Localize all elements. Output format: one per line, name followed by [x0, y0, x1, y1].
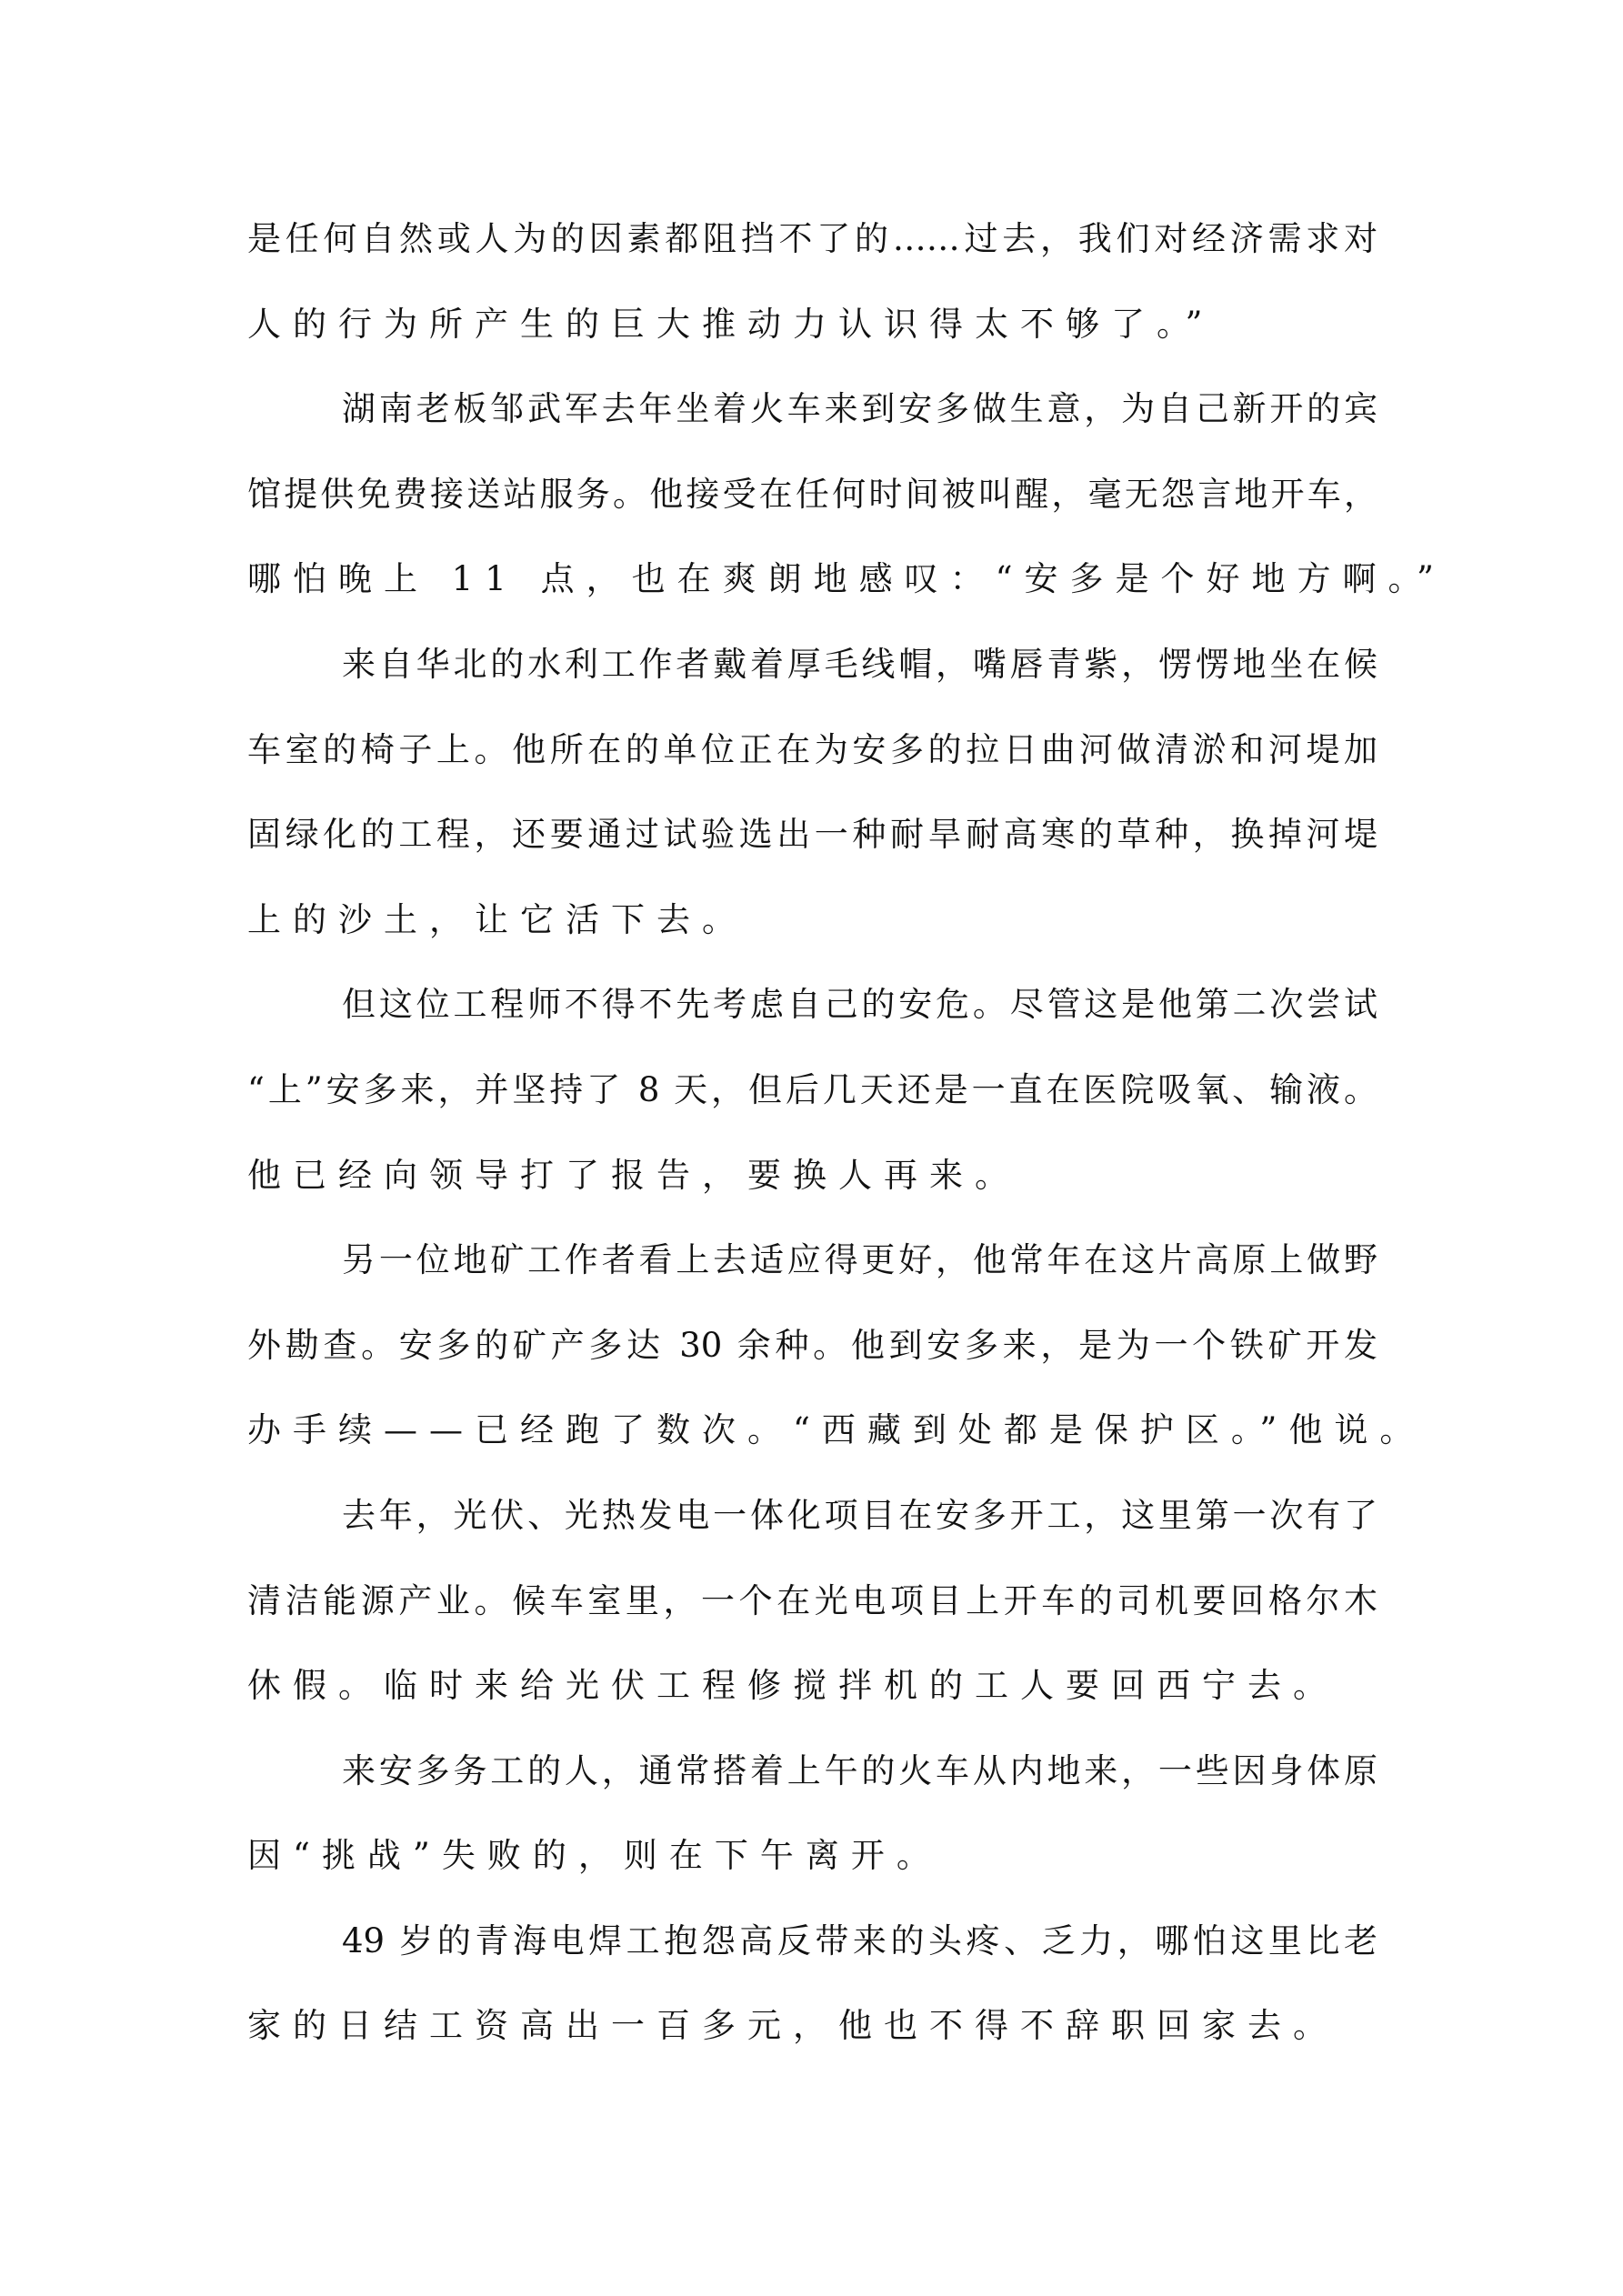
text-line: 去年，光伏、光热发电一体化项目在安多开工，这里第一次有了 — [247, 1473, 1378, 1559]
paragraph: 49 岁的青海电焊工抱怨高反带来的头疼、乏力，哪怕这里比老 家的日结工资高出一百… — [247, 1899, 1378, 2069]
text-line: 是任何自然或人为的因素都阻挡不了的……过去，我们对经济需求对 — [247, 196, 1378, 282]
text-line: 但这位工程师不得不先考虑自己的安危。尽管这是他第二次尝试 — [247, 962, 1378, 1048]
paragraph: 但这位工程师不得不先考虑自己的安危。尽管这是他第二次尝试 “上”安多来，并坚持了… — [247, 962, 1378, 1218]
paragraph: 另一位地矿工作者看上去适应得更好，他常年在这片高原上做野 外勘查。安多的矿产多达… — [247, 1218, 1378, 1473]
document-page: 是任何自然或人为的因素都阻挡不了的……过去，我们对经济需求对 人的行为所产生的巨… — [0, 0, 1623, 2296]
text-line: 休假。临时来给光伏工程修搅拌机的工人要回西宁去。 — [247, 1643, 1378, 1729]
text-line: 湖南老板邹武军去年坐着火车来到安多做生意，为自己新开的宾 — [247, 366, 1378, 452]
text-line: 馆提供免费接送站服务。他接受在任何时间被叫醒，毫无怨言地开车， — [247, 452, 1378, 537]
text-line: 因“挑战”失败的，则在下午离开。 — [247, 1813, 1378, 1899]
text-line: 家的日结工资高出一百多元，他也不得不辞职回家去。 — [247, 1983, 1378, 2069]
text-line: 人的行为所产生的巨大推动力认识得太不够了。” — [247, 282, 1378, 367]
paragraph: 去年，光伏、光热发电一体化项目在安多开工，这里第一次有了 清洁能源产业。候车室里… — [247, 1473, 1378, 1729]
text-line: 固绿化的工程，还要通过试验选出一种耐旱耐高寒的草种，换掉河堤 — [247, 792, 1378, 877]
text-line: 清洁能源产业。候车室里，一个在光电项目上开车的司机要回格尔木 — [247, 1559, 1378, 1644]
text-line: 49 岁的青海电焊工抱怨高反带来的头疼、乏力，哪怕这里比老 — [247, 1899, 1378, 1984]
text-line: 办手续——已经跑了数次。“西藏到处都是保护区。”他说。 — [247, 1388, 1378, 1473]
text-line: “上”安多来，并坚持了 8 天，但后几天还是一直在医院吸氧、输液。 — [247, 1048, 1378, 1133]
paragraph: 来安多务工的人，通常搭着上午的火车从内地来，一些因身体原 因“挑战”失败的，则在… — [247, 1729, 1378, 1899]
text-line: 另一位地矿工作者看上去适应得更好，他常年在这片高原上做野 — [247, 1218, 1378, 1303]
paragraph: 来自华北的水利工作者戴着厚毛线帽，嘴唇青紫，愣愣地坐在候 车室的椅子上。他所在的… — [247, 622, 1378, 962]
text-line: 外勘查。安多的矿产多达 30 余种。他到安多来，是为一个铁矿开发 — [247, 1303, 1378, 1389]
text-line: 他已经向领导打了报告，要换人再来。 — [247, 1133, 1378, 1218]
text-line: 来安多务工的人，通常搭着上午的火车从内地来，一些因身体原 — [247, 1729, 1378, 1814]
text-line: 哪怕晚上 11 点，也在爽朗地感叹：“安多是个好地方啊。” — [247, 536, 1378, 622]
article-body: 是任何自然或人为的因素都阻挡不了的……过去，我们对经济需求对 人的行为所产生的巨… — [247, 196, 1378, 2069]
paragraph: 湖南老板邹武军去年坐着火车来到安多做生意，为自己新开的宾 馆提供免费接送站服务。… — [247, 366, 1378, 622]
text-line: 来自华北的水利工作者戴着厚毛线帽，嘴唇青紫，愣愣地坐在候 — [247, 622, 1378, 707]
text-line: 车室的椅子上。他所在的单位正在为安多的拉日曲河做清淤和河堤加 — [247, 707, 1378, 793]
paragraph: 是任何自然或人为的因素都阻挡不了的……过去，我们对经济需求对 人的行为所产生的巨… — [247, 196, 1378, 366]
text-line: 上的沙土，让它活下去。 — [247, 877, 1378, 963]
